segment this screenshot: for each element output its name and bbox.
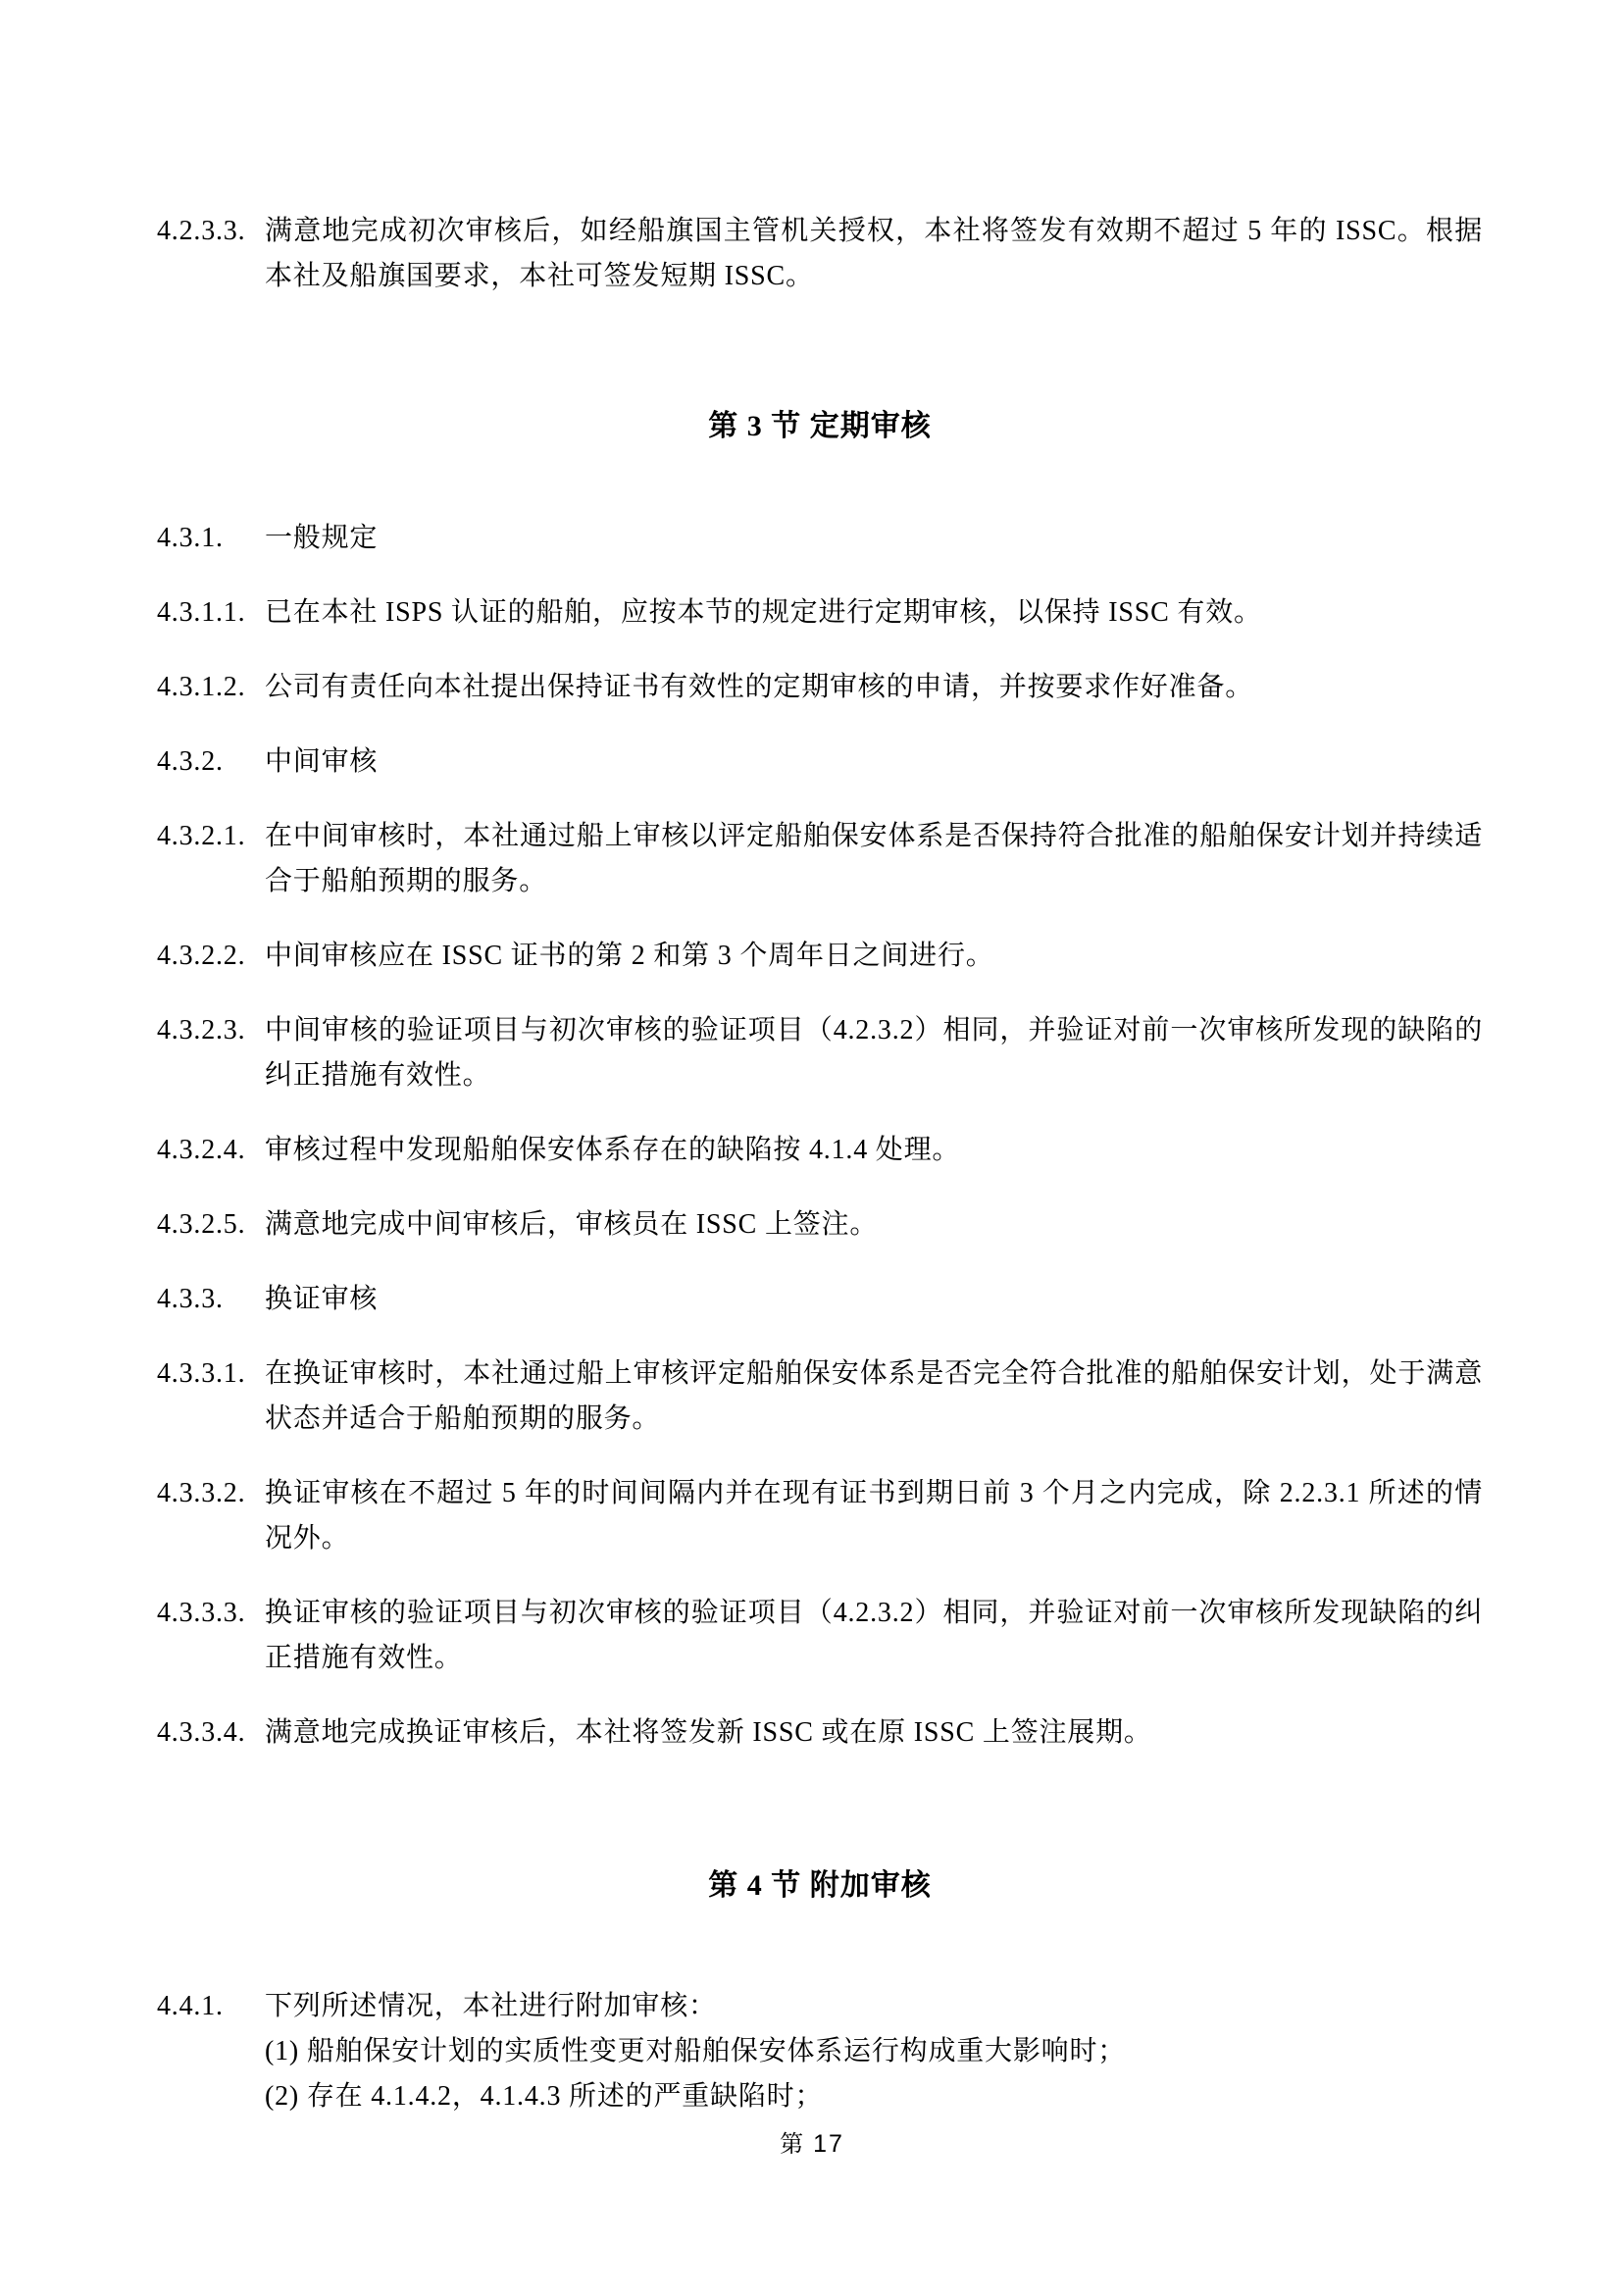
clause-number: 4.3.3. <box>157 1277 265 1322</box>
clause-text: 中间审核 <box>265 739 1483 785</box>
clause-text: 满意地完成中间审核后，审核员在 ISSC 上签注。 <box>265 1202 1483 1248</box>
clause-subitem-2: (2) 存在 4.1.4.2，4.1.4.3 所述的严重缺陷时； <box>265 2074 1483 2119</box>
clause-text: 换证审核 <box>265 1277 1483 1322</box>
clause-text: 满意地完成初次审核后，如经船旗国主管机关授权，本社将签发有效期不超过 5 年的 … <box>265 209 1483 299</box>
clause-4-4-1: 4.4.1. 下列所述情况，本社进行附加审核： (1) 船舶保安计划的实质性变更… <box>157 1984 1483 2119</box>
clause-text: 一般规定 <box>265 516 1483 561</box>
clause-number: 4.3.3.1. <box>157 1351 265 1397</box>
clause-4-3-1-1: 4.3.1.1. 已在本社 ISPS 认证的船舶，应按本节的规定进行定期审核，以… <box>157 590 1483 636</box>
clause-number: 4.3.3.3. <box>157 1591 265 1636</box>
clause-text: 换证审核的验证项目与初次审核的验证项目（4.2.3.2）相同，并验证对前一次审核… <box>265 1591 1483 1681</box>
section-3-heading: 第 3 节 定期审核 <box>157 404 1483 449</box>
clause-4-3-2-1: 4.3.2.1. 在中间审核时，本社通过船上审核以评定船舶保安体系是否保持符合批… <box>157 814 1483 904</box>
footer-label: 第 <box>780 2132 805 2158</box>
clause-text: 中间审核应在 ISSC 证书的第 2 和第 3 个周年日之间进行。 <box>265 934 1483 979</box>
clause-4-3-3-4: 4.3.3.4. 满意地完成换证审核后，本社将签发新 ISSC 或在原 ISSC… <box>157 1710 1483 1756</box>
clause-text: 在换证审核时，本社通过船上审核评定船舶保安体系是否完全符合批准的船舶保安计划，处… <box>265 1351 1483 1442</box>
page-content: 4.2.3.3. 满意地完成初次审核后，如经船旗国主管机关授权，本社将签发有效期… <box>157 209 1483 2119</box>
clause-text: 审核过程中发现船舶保安体系存在的缺陷按 4.1.4 处理。 <box>265 1128 1483 1173</box>
clause-number: 4.3.2.2. <box>157 934 265 979</box>
clause-4-2-3-3: 4.2.3.3. 满意地完成初次审核后，如经船旗国主管机关授权，本社将签发有效期… <box>157 209 1483 299</box>
clause-number: 4.3.3.2. <box>157 1471 265 1516</box>
clause-text: 已在本社 ISPS 认证的船舶，应按本节的规定进行定期审核，以保持 ISSC 有… <box>265 590 1483 636</box>
clause-4-3-2-4: 4.3.2.4. 审核过程中发现船舶保安体系存在的缺陷按 4.1.4 处理。 <box>157 1128 1483 1173</box>
clause-subitem-1: (1) 船舶保安计划的实质性变更对船舶保安体系运行构成重大影响时； <box>265 2029 1483 2074</box>
clause-4-3-3: 4.3.3. 换证审核 <box>157 1277 1483 1322</box>
clause-number: 4.2.3.3. <box>157 209 265 254</box>
clause-4-3-2-2: 4.3.2.2. 中间审核应在 ISSC 证书的第 2 和第 3 个周年日之间进… <box>157 934 1483 979</box>
clause-4-3-1: 4.3.1. 一般规定 <box>157 516 1483 561</box>
clause-4-3-2-5: 4.3.2.5. 满意地完成中间审核后，审核员在 ISSC 上签注。 <box>157 1202 1483 1248</box>
footer-page-number: 17 <box>813 2130 844 2158</box>
clause-line: 下列所述情况，本社进行附加审核： <box>265 1984 1483 2029</box>
page-footer: 第 17 <box>0 2121 1624 2167</box>
clause-number: 4.3.3.4. <box>157 1710 265 1756</box>
clause-text: 中间审核的验证项目与初次审核的验证项目（4.2.3.2）相同，并验证对前一次审核… <box>265 1008 1483 1098</box>
clause-4-3-3-1: 4.3.3.1. 在换证审核时，本社通过船上审核评定船舶保安体系是否完全符合批准… <box>157 1351 1483 1442</box>
clause-text: 公司有责任向本社提出保持证书有效性的定期审核的申请，并按要求作好准备。 <box>265 665 1483 710</box>
clause-number: 4.3.2. <box>157 739 265 785</box>
clause-number: 4.3.2.5. <box>157 1202 265 1248</box>
clause-text: 满意地完成换证审核后，本社将签发新 ISSC 或在原 ISSC 上签注展期。 <box>265 1710 1483 1756</box>
clause-number: 4.3.1. <box>157 516 265 561</box>
clause-number: 4.3.1.2. <box>157 665 265 710</box>
clause-4-3-2: 4.3.2. 中间审核 <box>157 739 1483 785</box>
clause-number: 4.3.2.3. <box>157 1008 265 1053</box>
document-page: 4.2.3.3. 满意地完成初次审核后，如经船旗国主管机关授权，本社将签发有效期… <box>0 0 1624 2294</box>
clause-text: 下列所述情况，本社进行附加审核： (1) 船舶保安计划的实质性变更对船舶保安体系… <box>265 1984 1483 2119</box>
section-4-heading: 第 4 节 附加审核 <box>157 1863 1483 1909</box>
clause-4-3-3-3: 4.3.3.3. 换证审核的验证项目与初次审核的验证项目（4.2.3.2）相同，… <box>157 1591 1483 1681</box>
clause-number: 4.3.2.4. <box>157 1128 265 1173</box>
clause-number: 4.4.1. <box>157 1984 265 2029</box>
clause-number: 4.3.2.1. <box>157 814 265 859</box>
clause-text: 换证审核在不超过 5 年的时间间隔内并在现有证书到期日前 3 个月之内完成，除 … <box>265 1471 1483 1561</box>
clause-4-3-2-3: 4.3.2.3. 中间审核的验证项目与初次审核的验证项目（4.2.3.2）相同，… <box>157 1008 1483 1098</box>
clause-text: 在中间审核时，本社通过船上审核以评定船舶保安体系是否保持符合批准的船舶保安计划并… <box>265 814 1483 904</box>
clause-4-3-1-2: 4.3.1.2. 公司有责任向本社提出保持证书有效性的定期审核的申请，并按要求作… <box>157 665 1483 710</box>
clause-4-3-3-2: 4.3.3.2. 换证审核在不超过 5 年的时间间隔内并在现有证书到期日前 3 … <box>157 1471 1483 1561</box>
clause-number: 4.3.1.1. <box>157 590 265 636</box>
